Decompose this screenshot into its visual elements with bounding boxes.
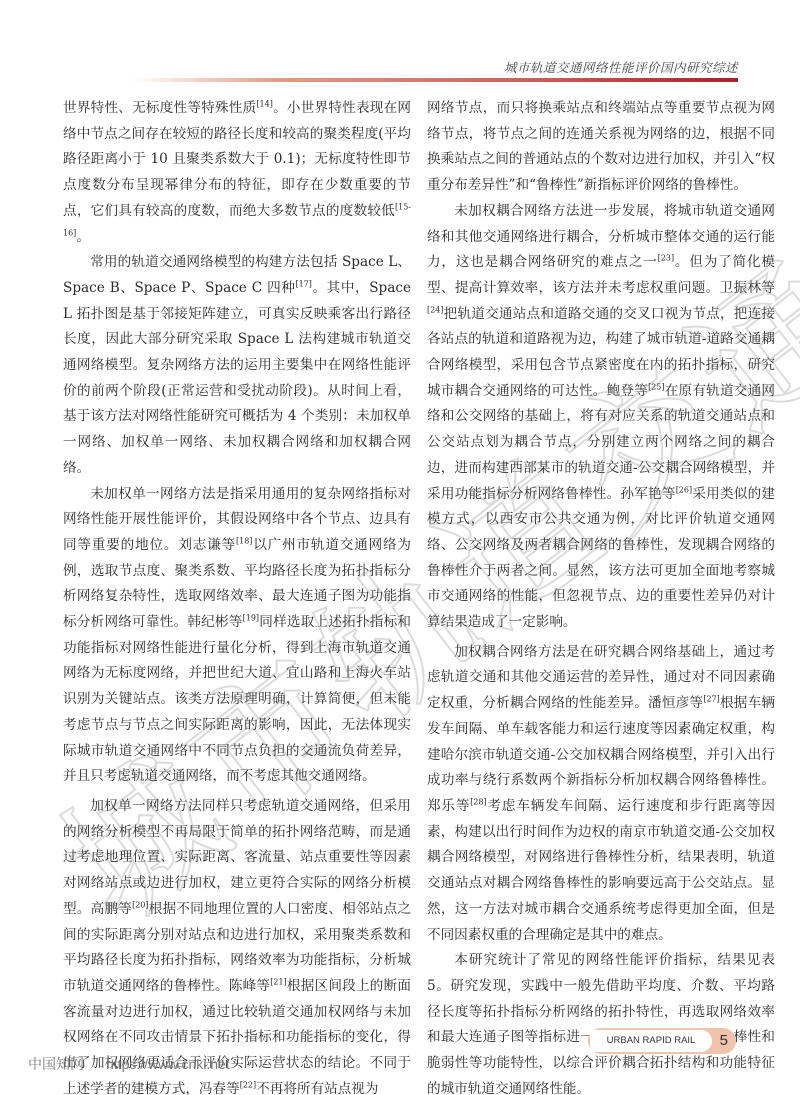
citation[interactable]: [18]	[236, 536, 252, 545]
citation[interactable]: [14]	[256, 99, 272, 108]
paragraph: 加权单一网络方法同样只考虑轨道交通网络，但采用的网络分析模型不再局限于简单的拓扑…	[63, 794, 411, 1095]
text: 采用类似的建模方式，以西安市公共交通为例，对比评价轨道交通网络、公交网络及两者耦…	[427, 486, 775, 631]
citation[interactable]: [17]	[295, 279, 311, 288]
citation[interactable]: [27]	[703, 695, 719, 704]
citation[interactable]: [24]	[427, 305, 443, 314]
citation[interactable]: [20]	[132, 900, 148, 909]
text: 在原有轨道交通网络和公交网络的基础上，将有对应关系的轨道交通站点和公交站点划为耦…	[427, 383, 775, 502]
text: 根据区间段上的断面客流量对边进行加权，通过比较轨道交通加权网络与未加权网络在不同…	[63, 978, 411, 1095]
paragraph: 网络节点，而只将换乘站点和终端站点等重要节点视为网络节点，将节点之间的连通关系视…	[427, 96, 775, 199]
citation[interactable]: [28]	[470, 797, 486, 806]
citation[interactable]: [25]	[648, 382, 664, 391]
citation[interactable]: [26]	[676, 485, 692, 494]
paragraph: 未加权耦合网络方法进一步发展，将城市轨道交通网络和其他交通网络进行耦合，分析城市…	[427, 199, 775, 636]
paragraph: 世界特性、无标度性等特殊性质[14]。小世界特性表现在网络中节点之间存在较短的路…	[63, 96, 411, 250]
source-url-link[interactable]: https://www.cnki.net	[106, 1056, 230, 1072]
footer-source: 中国知网https://www.cnki.net	[28, 1054, 230, 1074]
citation[interactable]: [21]	[270, 977, 286, 986]
paragraph: 加权耦合网络方法是在研究耦合网络基础上，通过考虑轨道交通和其他交通运营的差异性，…	[427, 640, 775, 948]
journal-name: URBAN RAPID RAIL TRANSIT	[590, 1030, 712, 1052]
text: 不再将所有站点视为	[256, 1081, 378, 1095]
journal-badge: URBAN RAPID RAIL TRANSIT 5	[588, 1028, 736, 1054]
right-column: 网络节点，而只将换乘站点和终端站点等重要节点视为网络节点，将节点之间的连通关系视…	[427, 96, 775, 1095]
left-column: 世界特性、无标度性等特殊性质[14]。小世界特性表现在网络中节点之间存在较短的路…	[63, 96, 411, 1095]
text: 。其中，Space L 拓扑图是基于邻接矩阵建立，可真实反映乘客出行路径长度，因…	[63, 280, 411, 476]
citation[interactable]: [22]	[240, 1080, 256, 1089]
paragraph: 本研究统计了常见的网络性能评价指标，结果见表 5。研究发现，实践中一般先借助平均…	[427, 948, 775, 1095]
source-name: 中国知网	[28, 1056, 84, 1072]
text: 网络节点，而只将换乘站点和终端站点等重要节点视为网络节点，将节点之间的连通关系视…	[427, 100, 775, 193]
paragraph: 未加权单一网络方法是指采用通用的复杂网络指标对网络性能开展性能评价，其假设网络中…	[63, 482, 411, 790]
text: 。小世界特性表现在网络中节点之间存在较短的路径长度和较高的聚类程度(平均路径距离…	[63, 100, 411, 219]
text: 考虑车辆发车间隔、运行速度和步行距离等因素，构建以出行时间作为边权的南京市轨道交…	[427, 798, 775, 943]
paragraph: 常用的轨道交通网络模型的构建方法包括 Space L、Space B、Space…	[63, 250, 411, 481]
text: 世界特性、无标度性等特殊性质	[63, 100, 256, 116]
running-title: 城市轨道交通网络性能评价国内研究综述	[504, 58, 738, 76]
text: 加权单一网络方法同样只考虑轨道交通网络，但采用的网络分析模型不再局限于简单的拓扑…	[63, 798, 411, 917]
text: 本研究统计了常见的网络性能评价指标，结果见表 5。研究发现，实践中一般先借助平均…	[427, 952, 775, 1095]
page-number: 5	[720, 1028, 728, 1054]
citation[interactable]: [19]	[243, 613, 259, 622]
text: 。	[76, 229, 90, 245]
header-rule	[130, 78, 738, 82]
text: 同样选取上述拓扑指标和功能指标对网络性能进行量化分析，得到上海市轨道交通网络为无…	[63, 614, 411, 784]
citation[interactable]: [23]	[658, 254, 674, 263]
